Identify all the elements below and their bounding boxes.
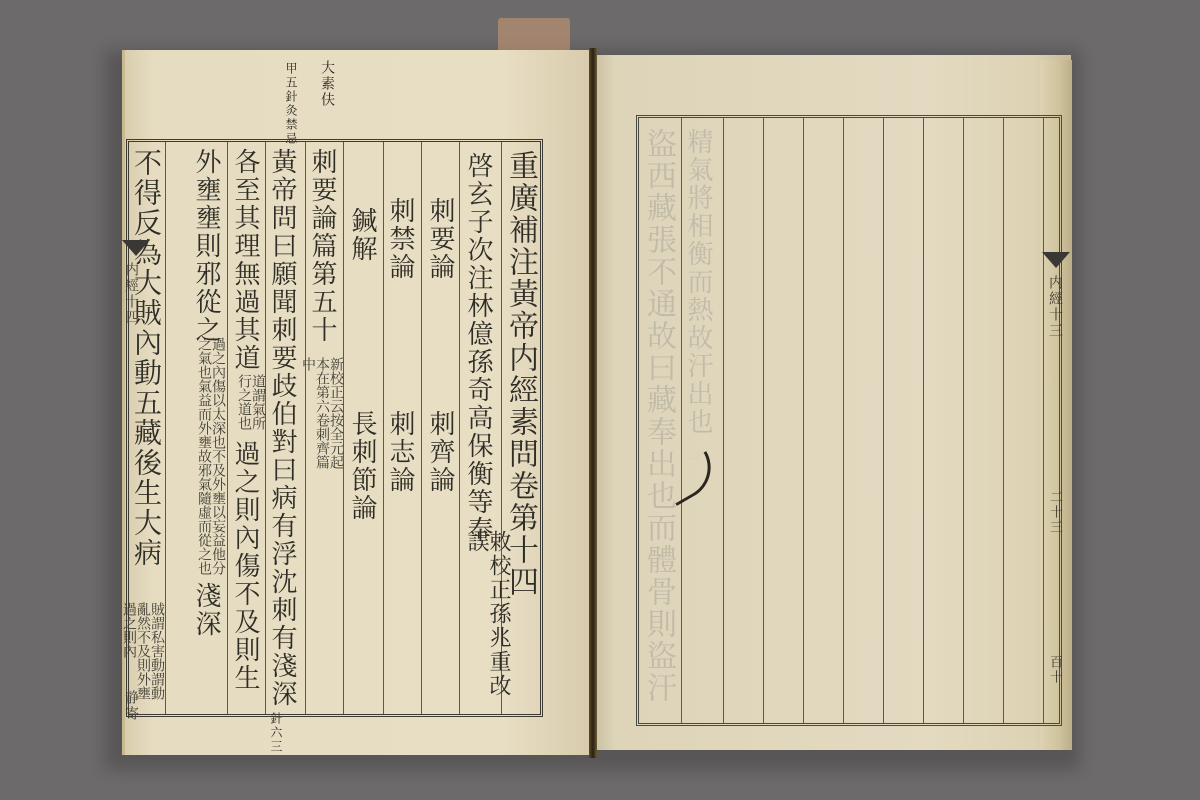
toc-item: 長刺節論 <box>349 410 375 522</box>
book-gutter <box>589 48 597 758</box>
margin-note-top-left: 甲五針灸禁忌 <box>285 62 297 146</box>
toc-item: 刺齊論 <box>427 410 453 494</box>
body-column: 黃帝問曰願聞刺要歧伯對曰病有浮沈刺有淺深 <box>269 148 295 708</box>
toc-item: 鍼解 <box>349 207 375 263</box>
margin-note-top-right: 大素伕 <box>320 60 334 108</box>
toc-item: 刺禁論 <box>387 197 413 281</box>
toc-item: 刺要論 <box>427 197 453 281</box>
left-page-frame: 重廣補注黃帝内經素問卷第十四 啓玄子次注林億孫奇高保衡等奉 敕校正孫兆重改誤 刺… <box>126 139 543 717</box>
right-page-frame: 盜西藏張不通故曰藏奉出也而體骨則盜汗 精氣將相衡而熱故汗出也 <box>636 115 1062 726</box>
body-annotation: 過之內傷以太深也不及外壅以妄益他分之氣也氣益而外壅故邪氣隨虛而從之也 <box>191 337 225 577</box>
body-column: 淺深 <box>193 582 219 638</box>
body-column: 外壅壅則邪從之 <box>193 148 219 344</box>
chapter-heading: 刺要論篇第五十 <box>309 148 335 344</box>
bleed-through-text: 精氣將相衡而熱故汗出也 <box>685 128 711 436</box>
body-annotation: 道謂氣所行之道也 <box>233 374 265 434</box>
credit-line-2: 敕校正孫兆重改誤 <box>465 530 509 714</box>
chapter-annotation: 新校正云按全元起本在第六卷刺齊篇中 <box>311 357 343 477</box>
fishtail-number: 二十三 <box>1048 490 1061 535</box>
body-column: 過之則內傷不及則生 <box>232 440 258 692</box>
fishtail-number: 百十 <box>1048 655 1061 685</box>
margin-note-bottom: 針六三 <box>270 712 282 754</box>
fishtail-footer-left: 静寄 <box>124 690 138 722</box>
bleed-through-text: 盜西藏張不通故曰藏奉出也而體骨則盜汗 <box>643 128 673 704</box>
body-annotation: 賊謂私害動謂動亂然不及則外壅過之則內 <box>132 602 164 702</box>
body-column: 不得反為大賊內動五藏後生大病 <box>132 148 160 568</box>
body-column: 各至其理無過其道 <box>232 148 258 372</box>
toc-item: 刺志論 <box>387 410 413 494</box>
fishtail-label-left: 内經十四 <box>124 262 138 326</box>
fishtail-label-right: 内經十三 <box>1048 275 1062 339</box>
credit-line-1: 啓玄子次注林億孫奇高保衡等奉 <box>465 152 491 544</box>
